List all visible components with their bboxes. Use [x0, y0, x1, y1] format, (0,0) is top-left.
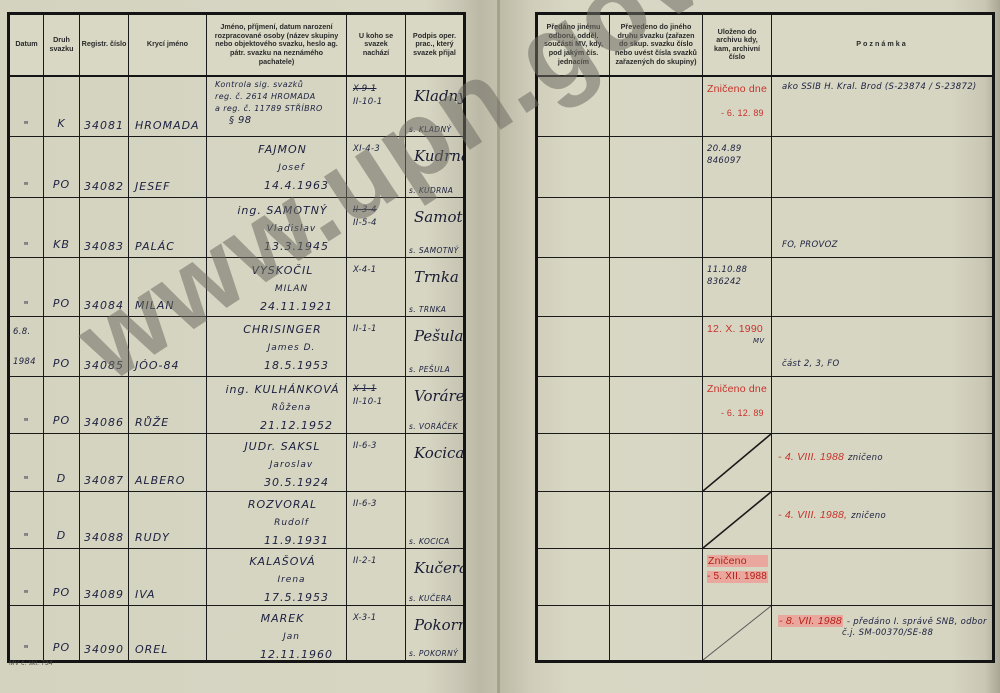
signature-name: s. TRNKA [409, 305, 446, 314]
location-block: X-4-1 [353, 264, 377, 277]
poznamka-entry: - 4. VIII. 1988zničeno [778, 452, 883, 464]
location-block: II-6-3 [353, 498, 377, 511]
location-current: X-3-1 [353, 612, 377, 625]
location-old: X-1-1 [353, 383, 382, 396]
archive-handwritten: 836242 [707, 276, 747, 288]
first-name: Jaroslav [207, 456, 346, 474]
predano-cell [537, 317, 610, 377]
podpis-cell: s. KOCICA [406, 492, 465, 549]
header-predano: Předáno jinému odboru, odděl. součásti M… [537, 14, 610, 76]
druh-cell: PO [44, 606, 80, 662]
first-name: Jan [207, 628, 346, 646]
datum-value: " [10, 416, 43, 429]
ulozeno-cell [703, 198, 772, 258]
registr-value: 34087 [84, 474, 124, 487]
signature-name: s. POKORNÝ [409, 649, 458, 658]
registr-value: 34084 [84, 299, 124, 312]
location-old: X-9-1 [353, 83, 382, 96]
registr-value: 34081 [84, 119, 124, 132]
registr-cell: 34089 [80, 549, 129, 606]
registr-cell: 34081 [80, 76, 129, 137]
ledger-row: 20.4.89846097 [537, 137, 994, 198]
poznamka-text: část 2, 3, FO [782, 359, 839, 369]
surname: FAJMON [207, 141, 346, 159]
header-prevedeno: Převedeno do jiného druhu svazku (zařaze… [610, 14, 703, 76]
ledger-row: Zničeno- 5. XII. 1988 [537, 549, 994, 606]
druh-cell: PO [44, 137, 80, 198]
signature: Kudrna [414, 147, 465, 165]
ulozeno-cell: Zničeno dne- 6. 12. 89 [703, 377, 772, 434]
u-koho-cell: II-2-1 [347, 549, 406, 606]
osoba-block: ing. SAMOTNÝVladislav13.3.1945 [207, 202, 346, 256]
ledger-row: - 8. VII. 1988- předáno I. správě SNB, o… [537, 606, 994, 662]
header-kryci-jmeno: Krycí jméno [129, 14, 207, 76]
podpis-cell: Kučeras. KUČERA [406, 549, 465, 606]
u-koho-cell: XI-4-3 [347, 137, 406, 198]
poznamka-cell: FO, PROVOZ [772, 198, 994, 258]
signature: Vorárek [414, 387, 465, 405]
datum-value: " [10, 588, 43, 601]
location-block: X-9-1II-10-1 [353, 83, 382, 109]
osoba-cell: FAJMONJosef14.4.1963 [207, 137, 347, 198]
birth-date: 24.11.1921 [207, 298, 346, 316]
ledger-row: 12. X. 1990MVčást 2, 3, FO [537, 317, 994, 377]
ledger-row: "PO34090ORELMAREKJan12.11.1960X-3-1Pokor… [9, 606, 465, 662]
osoba-note: Kontrola sig. svazkůreg. č. 2614 HROMADA… [207, 79, 346, 127]
ledger-row: FO, PROVOZ [537, 198, 994, 258]
signature: Pokorný [414, 616, 465, 634]
datum-cell: " [9, 137, 44, 198]
podpis-cell: Kudrnas. KUDRNA [406, 137, 465, 198]
archive-stamp: Zničeno [707, 555, 768, 567]
ledger-row: Zničeno dne- 6. 12. 89 [537, 377, 994, 434]
location-block: II-3-4II-5-4 [353, 204, 377, 230]
signature-name: s. KUDRNA [409, 186, 453, 195]
signature-name: s. VORÁČEK [409, 422, 458, 431]
druh-value: PO [44, 586, 79, 599]
prevedeno-cell [610, 198, 703, 258]
datum-cell: 6.8. 1984 [9, 317, 44, 377]
kryci-value: RUDY [135, 531, 170, 544]
left-header-row: Datum Druh svazku Registr. číslo Krycí j… [9, 14, 465, 76]
druh-value: PO [44, 178, 79, 191]
druh-cell: D [44, 492, 80, 549]
archive-handwritten: MV [707, 335, 764, 347]
surname: ing. KULHÁNKOVÁ [207, 381, 346, 399]
datum-value: " [10, 119, 43, 132]
registr-cell: 34090 [80, 606, 129, 662]
osoba-block: FAJMONJosef14.4.1963 [207, 141, 346, 195]
poznamka-text-line2: č.j. SM-00370/SE-88 [778, 628, 933, 638]
archive-handwritten: 11.10.88 [707, 264, 747, 276]
signature: Kučera [414, 559, 465, 577]
archive-entry [707, 204, 721, 216]
surname: VYSKOČIL [207, 262, 346, 280]
osoba-cell: MAREKJan12.11.1960 [207, 606, 347, 662]
location-block: X-3-1 [353, 612, 377, 625]
registr-cell: 34085 [80, 317, 129, 377]
poznamka-entry [778, 567, 782, 579]
surname: KALAŠOVÁ [207, 553, 346, 571]
archive-handwritten: 20.4.89 [707, 143, 742, 155]
registr-cell: 34088 [80, 492, 129, 549]
surname: ROZVORAL [207, 496, 346, 514]
ulozeno-cell: 11.10.88836242 [703, 258, 772, 317]
druh-value: PO [44, 297, 79, 310]
prevedeno-cell [610, 434, 703, 492]
druh-cell: D [44, 434, 80, 492]
right-ledger-table: Předáno jinému odboru, odděl. součásti M… [535, 12, 995, 663]
surname: JUDr. SAKSL [207, 438, 346, 456]
osoba-cell: ing. SAMOTNÝVladislav13.3.1945 [207, 198, 347, 258]
druh-value: K [44, 117, 79, 130]
poznamka-entry: ako SSIB H. Kral. Brod (S-23874 / S-2387… [778, 81, 977, 93]
predano-cell [537, 492, 610, 549]
datum-cell: " [9, 606, 44, 662]
u-koho-cell: II-1-1 [347, 317, 406, 377]
signature-name: s. KLADNÝ [409, 125, 451, 134]
poznamka-cell [772, 377, 994, 434]
poznamka-cell: - 8. VII. 1988- předáno I. správě SNB, o… [772, 606, 994, 662]
kryci-value: ALBERO [135, 474, 185, 487]
poznamka-cell: část 2, 3, FO [772, 317, 994, 377]
poznamka-text: ako SSIB H. Kral. Brod (S-23874 / S-2387… [782, 82, 977, 92]
druh-value: KB [44, 238, 79, 251]
osoba-block: ing. KULHÁNKOVÁRůžena21.12.1952 [207, 381, 346, 434]
poznamka-cell [772, 549, 994, 606]
druh-value: PO [44, 641, 79, 654]
signature-name: s. PEŠULA [409, 365, 450, 374]
prevedeno-cell [610, 606, 703, 662]
archive-entry: 12. X. 1990MV [707, 323, 764, 359]
ledger-row: "PO34089IVAKALAŠOVÁIrena17.5.1953II-2-1K… [9, 549, 465, 606]
predano-cell [537, 76, 610, 137]
podpis-cell: Samotnýs. SAMOTNÝ [406, 198, 465, 258]
note-line: reg. č. 2614 HROMADA [215, 91, 346, 103]
druh-cell: KB [44, 198, 80, 258]
u-koho-cell: X-4-1 [347, 258, 406, 317]
poznamka-entry: část 2, 3, FO [778, 358, 839, 370]
predano-cell [537, 137, 610, 198]
birth-date: 13.3.1945 [207, 238, 346, 256]
predano-cell [537, 434, 610, 492]
u-koho-cell: II-6-3 [347, 492, 406, 549]
osoba-cell: CHRISINGERJames D.18.5.1953 [207, 317, 347, 377]
location-block: II-1-1 [353, 323, 377, 336]
header-ulozeno: Uloženo do archivu kdy, kam, archivní čí… [703, 14, 772, 76]
poznamka-cell: ako SSIB H. Kral. Brod (S-23874 / S-2387… [772, 76, 994, 137]
location-current: XI-4-3 [353, 143, 380, 156]
kryci-cell: ALBERO [129, 434, 207, 492]
birth-date: 14.4.1963 [207, 177, 346, 195]
prevedeno-cell [610, 258, 703, 317]
birth-date: 30.5.1924 [207, 474, 346, 492]
datum-cell: " [9, 377, 44, 434]
registr-value: 34088 [84, 531, 124, 544]
prevedeno-cell [610, 317, 703, 377]
kryci-value: JÓO-84 [135, 359, 180, 372]
first-name: James D. [207, 339, 346, 357]
poznamka-entry: FO, PROVOZ [778, 239, 838, 251]
ulozeno-cell: Zničeno dne- 6. 12. 89 [703, 76, 772, 137]
osoba-cell: VYSKOČILMILAN24.11.1921 [207, 258, 347, 317]
ledger-row: "D34087ALBEROJUDr. SAKSLJaroslav30.5.192… [9, 434, 465, 492]
druh-value: PO [44, 414, 79, 427]
predano-cell [537, 258, 610, 317]
podpis-cell: Voráreks. VORÁČEK [406, 377, 465, 434]
header-registr-cislo: Registr. číslo [80, 14, 129, 76]
predano-cell [537, 377, 610, 434]
kryci-value: JESEF [135, 180, 170, 193]
osoba-block: CHRISINGERJames D.18.5.1953 [207, 321, 346, 375]
druh-cell: PO [44, 549, 80, 606]
ledger-row: "PO34084MILANVYSKOČILMILAN24.11.1921X-4-… [9, 258, 465, 317]
predano-cell [537, 198, 610, 258]
podpis-cell: Kladnýs. KLADNÝ [406, 76, 465, 137]
location-block: XI-4-3 [353, 143, 380, 156]
datum-value: 6.8. 1984 [13, 317, 39, 377]
ledger-row: "PO34082JESEFFAJMONJosef14.4.1963XI-4-3K… [9, 137, 465, 198]
archive-entry: Zničeno- 5. XII. 1988 [707, 555, 768, 583]
osoba-cell: Kontrola sig. svazkůreg. č. 2614 HROMADA… [207, 76, 347, 137]
podpis-cell: Pokornýs. POKORNÝ [406, 606, 465, 662]
signature-name: s. SAMOTNÝ [409, 246, 459, 255]
druh-cell: PO [44, 377, 80, 434]
archive-stamp-date: - 6. 12. 89 [707, 107, 767, 119]
datum-cell: " [9, 76, 44, 137]
header-poznamka: Poznámka [772, 14, 994, 76]
surname: ing. SAMOTNÝ [207, 202, 346, 220]
ledger-row: Zničeno dne- 6. 12. 89ako SSIB H. Kral. … [537, 76, 994, 137]
prevedeno-cell [610, 137, 703, 198]
archive-entry: Zničeno dne- 6. 12. 89 [707, 383, 767, 419]
header-podpis: Podpis oper. prac., který svazek přijal [406, 14, 465, 76]
location-current: II-2-1 [353, 555, 377, 568]
osoba-block: KALAŠOVÁIrena17.5.1953 [207, 553, 346, 606]
archive-stamp-date: - 6. 12. 89 [707, 407, 767, 419]
signature: Kocica [414, 444, 464, 462]
note-line: a reg. č. 11789 STŘÍBRO [215, 103, 346, 115]
datum-value: " [10, 474, 43, 487]
first-name: Rudolf [207, 514, 346, 532]
ledger-row: 6.8. 1984PO34085JÓO-84CHRISINGERJames D.… [9, 317, 465, 377]
ulozeno-cell [703, 434, 772, 492]
first-name: Josef [207, 159, 346, 177]
registr-value: 34083 [84, 240, 124, 253]
kryci-value: IVA [135, 588, 156, 601]
predano-cell [537, 606, 610, 662]
location-block: X-1-1II-10-1 [353, 383, 382, 409]
poznamka-text: - předáno I. správě SNB, odbor [847, 617, 987, 627]
druh-value: D [44, 472, 79, 485]
u-koho-cell: II-3-4II-5-4 [347, 198, 406, 258]
kryci-cell: OREL [129, 606, 207, 662]
registr-cell: 34086 [80, 377, 129, 434]
location-block: II-6-3 [353, 440, 377, 453]
registr-cell: 34083 [80, 198, 129, 258]
location-current: X-4-1 [353, 264, 377, 277]
kryci-cell: IVA [129, 549, 207, 606]
diagonal-strike [703, 606, 771, 660]
kryci-value: OREL [135, 643, 168, 656]
ledger-row: - 4. VIII. 1988zničeno [537, 434, 994, 492]
header-u-koho: U koho se svazek nachází [347, 14, 406, 76]
poznamka-entry: - 4. VIII. 1988,zničeno [778, 510, 886, 522]
datum-cell: " [9, 198, 44, 258]
datum-value: " [10, 240, 43, 253]
druh-value: PO [44, 357, 79, 370]
ledger-row: - 4. VIII. 1988,zničeno [537, 492, 994, 549]
druh-cell: K [44, 76, 80, 137]
archive-stamp: Zničeno dne [707, 83, 767, 95]
kryci-value: MILAN [135, 299, 175, 312]
signature-name: s. KOCICA [409, 537, 450, 546]
location-current: II-1-1 [353, 323, 377, 336]
kryci-cell: PALÁC [129, 198, 207, 258]
kryci-cell: RUDY [129, 492, 207, 549]
kryci-value: RŮŽE [135, 416, 169, 429]
ulozeno-cell [703, 606, 772, 662]
surname: CHRISINGER [207, 321, 346, 339]
location-current: II-10-1 [353, 96, 382, 109]
first-name: Vladislav [207, 220, 346, 238]
osoba-cell: KALAŠOVÁIrena17.5.1953 [207, 549, 347, 606]
kryci-cell: JÓO-84 [129, 317, 207, 377]
birth-date: 12.11.1960 [207, 646, 346, 662]
archive-entry: Zničeno dne- 6. 12. 89 [707, 83, 767, 119]
ulozeno-cell: Zničeno- 5. XII. 1988 [703, 549, 772, 606]
registr-cell: 34084 [80, 258, 129, 317]
note-line: Kontrola sig. svazků [215, 79, 346, 91]
registr-value: 34089 [84, 588, 124, 601]
u-koho-cell: X-1-1II-10-1 [347, 377, 406, 434]
diagonal-strike [703, 492, 771, 548]
poznamka-stamp: - 8. VII. 1988 [778, 615, 843, 627]
kryci-cell: HROMADA [129, 76, 207, 137]
podpis-cell: Trnkas. TRNKA [406, 258, 465, 317]
kryci-cell: JESEF [129, 137, 207, 198]
archive-entry: 20.4.89846097 [707, 143, 742, 179]
datum-value: " [10, 180, 43, 193]
osoba-cell: JUDr. SAKSLJaroslav30.5.1924 [207, 434, 347, 492]
registr-value: 34086 [84, 416, 124, 429]
ulozeno-cell [703, 492, 772, 549]
poznamka-cell: - 4. VIII. 1988,zničeno [772, 492, 994, 549]
ledger-row: "PO34086RŮŽEing. KULHÁNKOVÁRůžena21.12.1… [9, 377, 465, 434]
first-name: MILAN [207, 280, 346, 298]
birth-date: 17.5.1953 [207, 589, 346, 606]
poznamka-stamp: - 4. VIII. 1988 [778, 451, 844, 463]
osoba-block: VYSKOČILMILAN24.11.1921 [207, 262, 346, 316]
ledger-row: 11.10.88836242 [537, 258, 994, 317]
first-name: Růžena [207, 399, 346, 417]
registr-cell: 34087 [80, 434, 129, 492]
osoba-block: JUDr. SAKSLJaroslav30.5.1924 [207, 438, 346, 492]
datum-value: " [10, 643, 43, 656]
poznamka-entry: - 8. VII. 1988- předáno I. správě SNB, o… [778, 616, 987, 639]
registr-value: 34082 [84, 180, 124, 193]
signature: Pešula [414, 327, 463, 345]
left-ledger-table: Datum Druh svazku Registr. číslo Krycí j… [7, 12, 466, 663]
archive-stamp-date: - 5. XII. 1988 [707, 571, 768, 583]
signature-name: s. KUČERA [409, 594, 452, 603]
druh-cell: PO [44, 317, 80, 377]
location-current: II-6-3 [353, 440, 377, 453]
datum-cell: " [9, 492, 44, 549]
kryci-cell: MILAN [129, 258, 207, 317]
birth-date: 21.12.1952 [207, 417, 346, 434]
ulozeno-cell: 12. X. 1990MV [703, 317, 772, 377]
druh-value: D [44, 529, 79, 542]
diagonal-strike [703, 434, 771, 491]
osoba-block: ROZVORALRudolf11.9.1931 [207, 496, 346, 549]
prevedeno-cell [610, 492, 703, 549]
signature: Trnka [414, 268, 459, 286]
poznamka-stamp: - 4. VIII. 1988, [778, 509, 847, 521]
kryci-value: HROMADA [135, 119, 200, 132]
datum-cell: " [9, 549, 44, 606]
datum-value: " [10, 531, 43, 544]
poznamka-cell [772, 137, 994, 198]
ledger-row: "KB34083PALÁCing. SAMOTNÝVladislav13.3.1… [9, 198, 465, 258]
poznamka-text: zničeno [848, 453, 883, 463]
poznamka-text: FO, PROVOZ [782, 240, 838, 250]
u-koho-cell: X-3-1 [347, 606, 406, 662]
osoba-block: MAREKJan12.11.1960 [207, 610, 346, 662]
poznamka-entry [778, 415, 782, 427]
u-koho-cell: X-9-1II-10-1 [347, 76, 406, 137]
location-block: II-2-1 [353, 555, 377, 568]
ulozeno-cell: 20.4.89846097 [703, 137, 772, 198]
birth-date: 11.9.1931 [207, 532, 346, 549]
registr-value: 34090 [84, 643, 124, 656]
location-old: II-3-4 [353, 204, 377, 217]
location-current: II-10-1 [353, 396, 382, 409]
podpis-cell: Kocica [406, 434, 465, 492]
predano-cell [537, 549, 610, 606]
surname: MAREK [207, 610, 346, 628]
osoba-cell: ing. KULHÁNKOVÁRůžena21.12.1952 [207, 377, 347, 434]
poznamka-cell [772, 258, 994, 317]
header-druh-svazku: Druh svazku [44, 14, 80, 76]
location-current: II-5-4 [353, 217, 377, 230]
podpis-cell: Pešulas. PEŠULA [406, 317, 465, 377]
form-code: MV č. skl. 734 [9, 660, 53, 667]
ledger-row: "D34088RUDYROZVORALRudolf11.9.1931II-6-3… [9, 492, 465, 549]
signature: Samotný [414, 208, 465, 226]
archive-stamp: Zničeno dne [707, 383, 767, 395]
prevedeno-cell [610, 76, 703, 137]
osoba-cell: ROZVORALRudolf11.9.1931 [207, 492, 347, 549]
prevedeno-cell [610, 377, 703, 434]
right-header-row: Předáno jinému odboru, odděl. součásti M… [537, 14, 994, 76]
archive-entry: 11.10.88836242 [707, 264, 747, 300]
location-current: II-6-3 [353, 498, 377, 511]
book-gutter [497, 0, 500, 693]
signature: Kladný [414, 87, 465, 105]
poznamka-entry [778, 179, 782, 191]
datum-value: " [10, 299, 43, 312]
first-name: Irena [207, 571, 346, 589]
archive-handwritten: 846097 [707, 155, 742, 167]
ledger-row: "K34081HROMADAKontrola sig. svazkůreg. č… [9, 76, 465, 137]
poznamka-text: zničeno [851, 511, 886, 521]
header-datum: Datum [9, 14, 44, 76]
datum-cell: " [9, 434, 44, 492]
registr-value: 34085 [84, 359, 124, 372]
note-line: § 98 [215, 115, 346, 127]
birth-date: 18.5.1953 [207, 357, 346, 375]
